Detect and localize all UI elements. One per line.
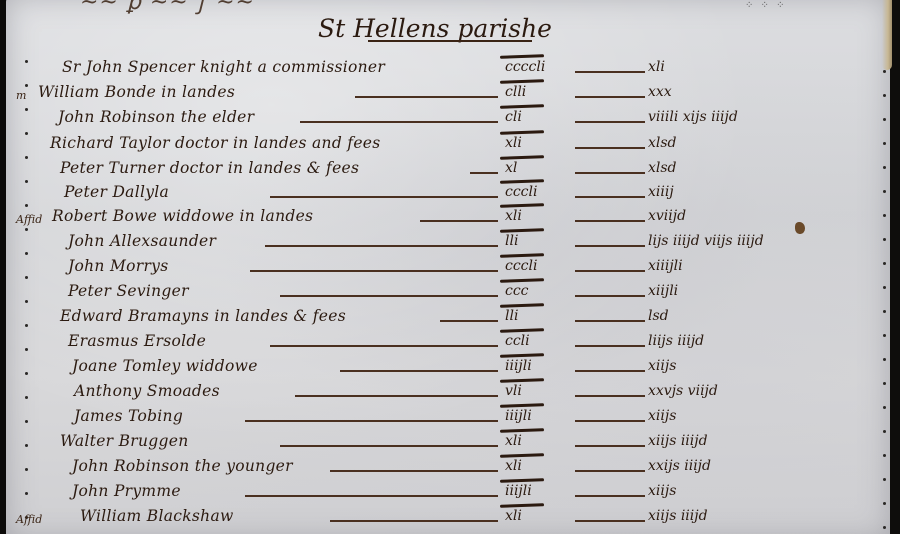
table-row: Sr John Spencer knight a commissionerccc… (0, 58, 900, 82)
entry-name: Erasmus Ersolde (68, 332, 206, 350)
leader-line (270, 345, 498, 347)
leader-line (575, 196, 645, 198)
leader-line (250, 270, 498, 272)
table-row: mWilliam Bonde in landescllixxx (0, 83, 900, 107)
tax-amount: xiijli (648, 283, 678, 299)
leader-line (300, 121, 498, 123)
table-row: John Morrysccclixiiijli (0, 257, 900, 281)
leader-line (245, 495, 498, 497)
ink-blot (795, 222, 805, 234)
tax-amount: viiili xijs iiijd (648, 109, 738, 125)
tax-amount: xxvjs viijd (648, 383, 718, 399)
table-row: Erasmus Ersoldeccliliijs iiijd (0, 332, 900, 356)
leader-line (575, 220, 645, 222)
entry-name: Peter Dallyla (64, 183, 169, 201)
tax-amount: xxijs iiijd (648, 458, 711, 474)
leader-line (280, 445, 498, 447)
table-row: Peter Turner doctor in landes & feesxlxl… (0, 159, 900, 183)
leader-line (575, 96, 645, 98)
tax-amount: xlsd (648, 135, 677, 151)
entry-name: Robert Bowe widdowe in landes (52, 207, 313, 225)
assessed-value: ccli (505, 333, 530, 349)
assessed-value: cli (505, 109, 522, 125)
corner-marks: ⁘ ⁘ ⁘ (745, 0, 787, 11)
heading-underline (368, 40, 532, 42)
table-row: Joane Tomley widdoweiiijlixiijs (0, 357, 900, 381)
assessed-value: iiijli (505, 358, 532, 374)
leader-line (575, 270, 645, 272)
entry-name: John Prymme (72, 482, 181, 500)
leader-line (575, 147, 645, 149)
entry-name: Richard Taylor doctor in landes and fees (50, 134, 381, 152)
assessed-value: cccli (505, 184, 537, 200)
leader-line (575, 370, 645, 372)
table-row: AffidWilliam Blackshawxlixiijs iiijd (0, 507, 900, 531)
table-row: AffidRobert Bowe widdowe in landesxlixvi… (0, 207, 900, 231)
entry-name: Walter Bruggen (60, 432, 189, 450)
margin-note: Affid (16, 513, 42, 526)
assessed-value: xl (505, 160, 517, 176)
assessed-value: xli (505, 508, 522, 524)
assessed-value: iiijli (505, 408, 532, 424)
leader-line (330, 520, 498, 522)
leader-line (575, 520, 645, 522)
leader-line (355, 96, 498, 98)
leader-line (575, 345, 645, 347)
entry-name: James Tobing (74, 407, 183, 425)
tax-amount: xlsd (648, 160, 677, 176)
leader-line (575, 395, 645, 397)
entry-name: William Blackshaw (80, 507, 234, 525)
tax-amount: xiijs (648, 408, 676, 424)
leader-line (330, 470, 498, 472)
tax-amount: xiiij (648, 184, 674, 200)
leader-line (575, 121, 645, 123)
leader-line (575, 320, 645, 322)
tax-amount: xiijs iiijd (648, 508, 708, 524)
entry-name: Sr John Spencer knight a commissioner (62, 58, 385, 76)
assessed-value: vli (505, 383, 522, 399)
tax-amount: xiijs (648, 483, 676, 499)
parish-heading-text: St Hellens parishe (318, 14, 552, 43)
leader-line (265, 245, 498, 247)
assessed-value: lli (505, 233, 518, 249)
entry-name: Peter Sevinger (68, 282, 189, 300)
table-row: Richard Taylor doctor in landes and fees… (0, 134, 900, 158)
table-row: Edward Bramayns in landes & feesllilsd (0, 307, 900, 331)
leader-line (575, 495, 645, 497)
parish-heading: St Hellens parishe (318, 14, 552, 43)
leader-line (575, 295, 645, 297)
table-row: Anthony Smoadesvlixxvjs viijd (0, 382, 900, 406)
entry-name: John Robinson the younger (72, 457, 293, 475)
leader-line (245, 420, 498, 422)
leader-line (575, 470, 645, 472)
table-row: John Prymmeiiijlixiijs (0, 482, 900, 506)
leader-line (420, 220, 498, 222)
entry-name: Edward Bramayns in landes & fees (60, 307, 346, 325)
table-row: Peter Sevingercccxiijli (0, 282, 900, 306)
leader-line (280, 295, 498, 297)
tax-amount: xiiijli (648, 258, 683, 274)
leader-line (575, 172, 645, 174)
margin-note: Affid (16, 213, 42, 226)
entry-name: John Allexsaunder (68, 232, 216, 250)
assessed-value: lli (505, 308, 518, 324)
table-row: James Tobingiiijlixiijs (0, 407, 900, 431)
tax-amount: xiijs iiijd (648, 433, 708, 449)
tax-amount: xxx (648, 84, 672, 100)
entry-name: Anthony Smoades (74, 382, 220, 400)
leader-line (270, 196, 498, 198)
tax-amount: liijs iiijd (648, 333, 704, 349)
tax-amount: lsd (648, 308, 669, 324)
margin-note: m (16, 89, 26, 102)
table-row: John Allexsaunderllilijs iiijd viijs iii… (0, 232, 900, 256)
tax-amount: xviijd (648, 208, 686, 224)
leader-line (575, 71, 645, 73)
leader-line (575, 245, 645, 247)
table-row: John Robinson the eldercliviiili xijs ii… (0, 108, 900, 132)
leader-line (575, 420, 645, 422)
tax-amount: xli (648, 59, 665, 75)
leader-line (340, 370, 498, 372)
table-row: John Robinson the youngerxlixxijs iiijd (0, 457, 900, 481)
entry-name: William Bonde in landes (38, 83, 235, 101)
tax-amount: xiijs (648, 358, 676, 374)
entry-name: Joane Tomley widdowe (72, 357, 258, 375)
assessed-value: xli (505, 458, 522, 474)
assessed-value: cccli (505, 258, 537, 274)
table-row: Peter Dallylaccclixiiij (0, 183, 900, 207)
header-fragment: ~~ ꝑ ~~ ꝭ ~~ (80, 0, 255, 16)
table-row: Walter Bruggenxlixiijs iiijd (0, 432, 900, 456)
assessed-value: iiijli (505, 483, 532, 499)
assessed-value: xli (505, 135, 522, 151)
leader-line (575, 445, 645, 447)
tax-amount: lijs iiijd viijs iiijd (648, 233, 764, 249)
leader-line (440, 320, 498, 322)
leader-line (470, 172, 498, 174)
entry-name: Peter Turner doctor in landes & fees (60, 159, 359, 177)
assessed-value: xli (505, 208, 522, 224)
assessed-value: ccccli (505, 59, 545, 75)
assessed-value: ccc (505, 283, 529, 299)
assessed-value: clli (505, 84, 526, 100)
entry-name: John Morrys (68, 257, 168, 275)
leader-line (295, 395, 498, 397)
entry-name: John Robinson the elder (58, 108, 254, 126)
assessed-value: xli (505, 433, 522, 449)
